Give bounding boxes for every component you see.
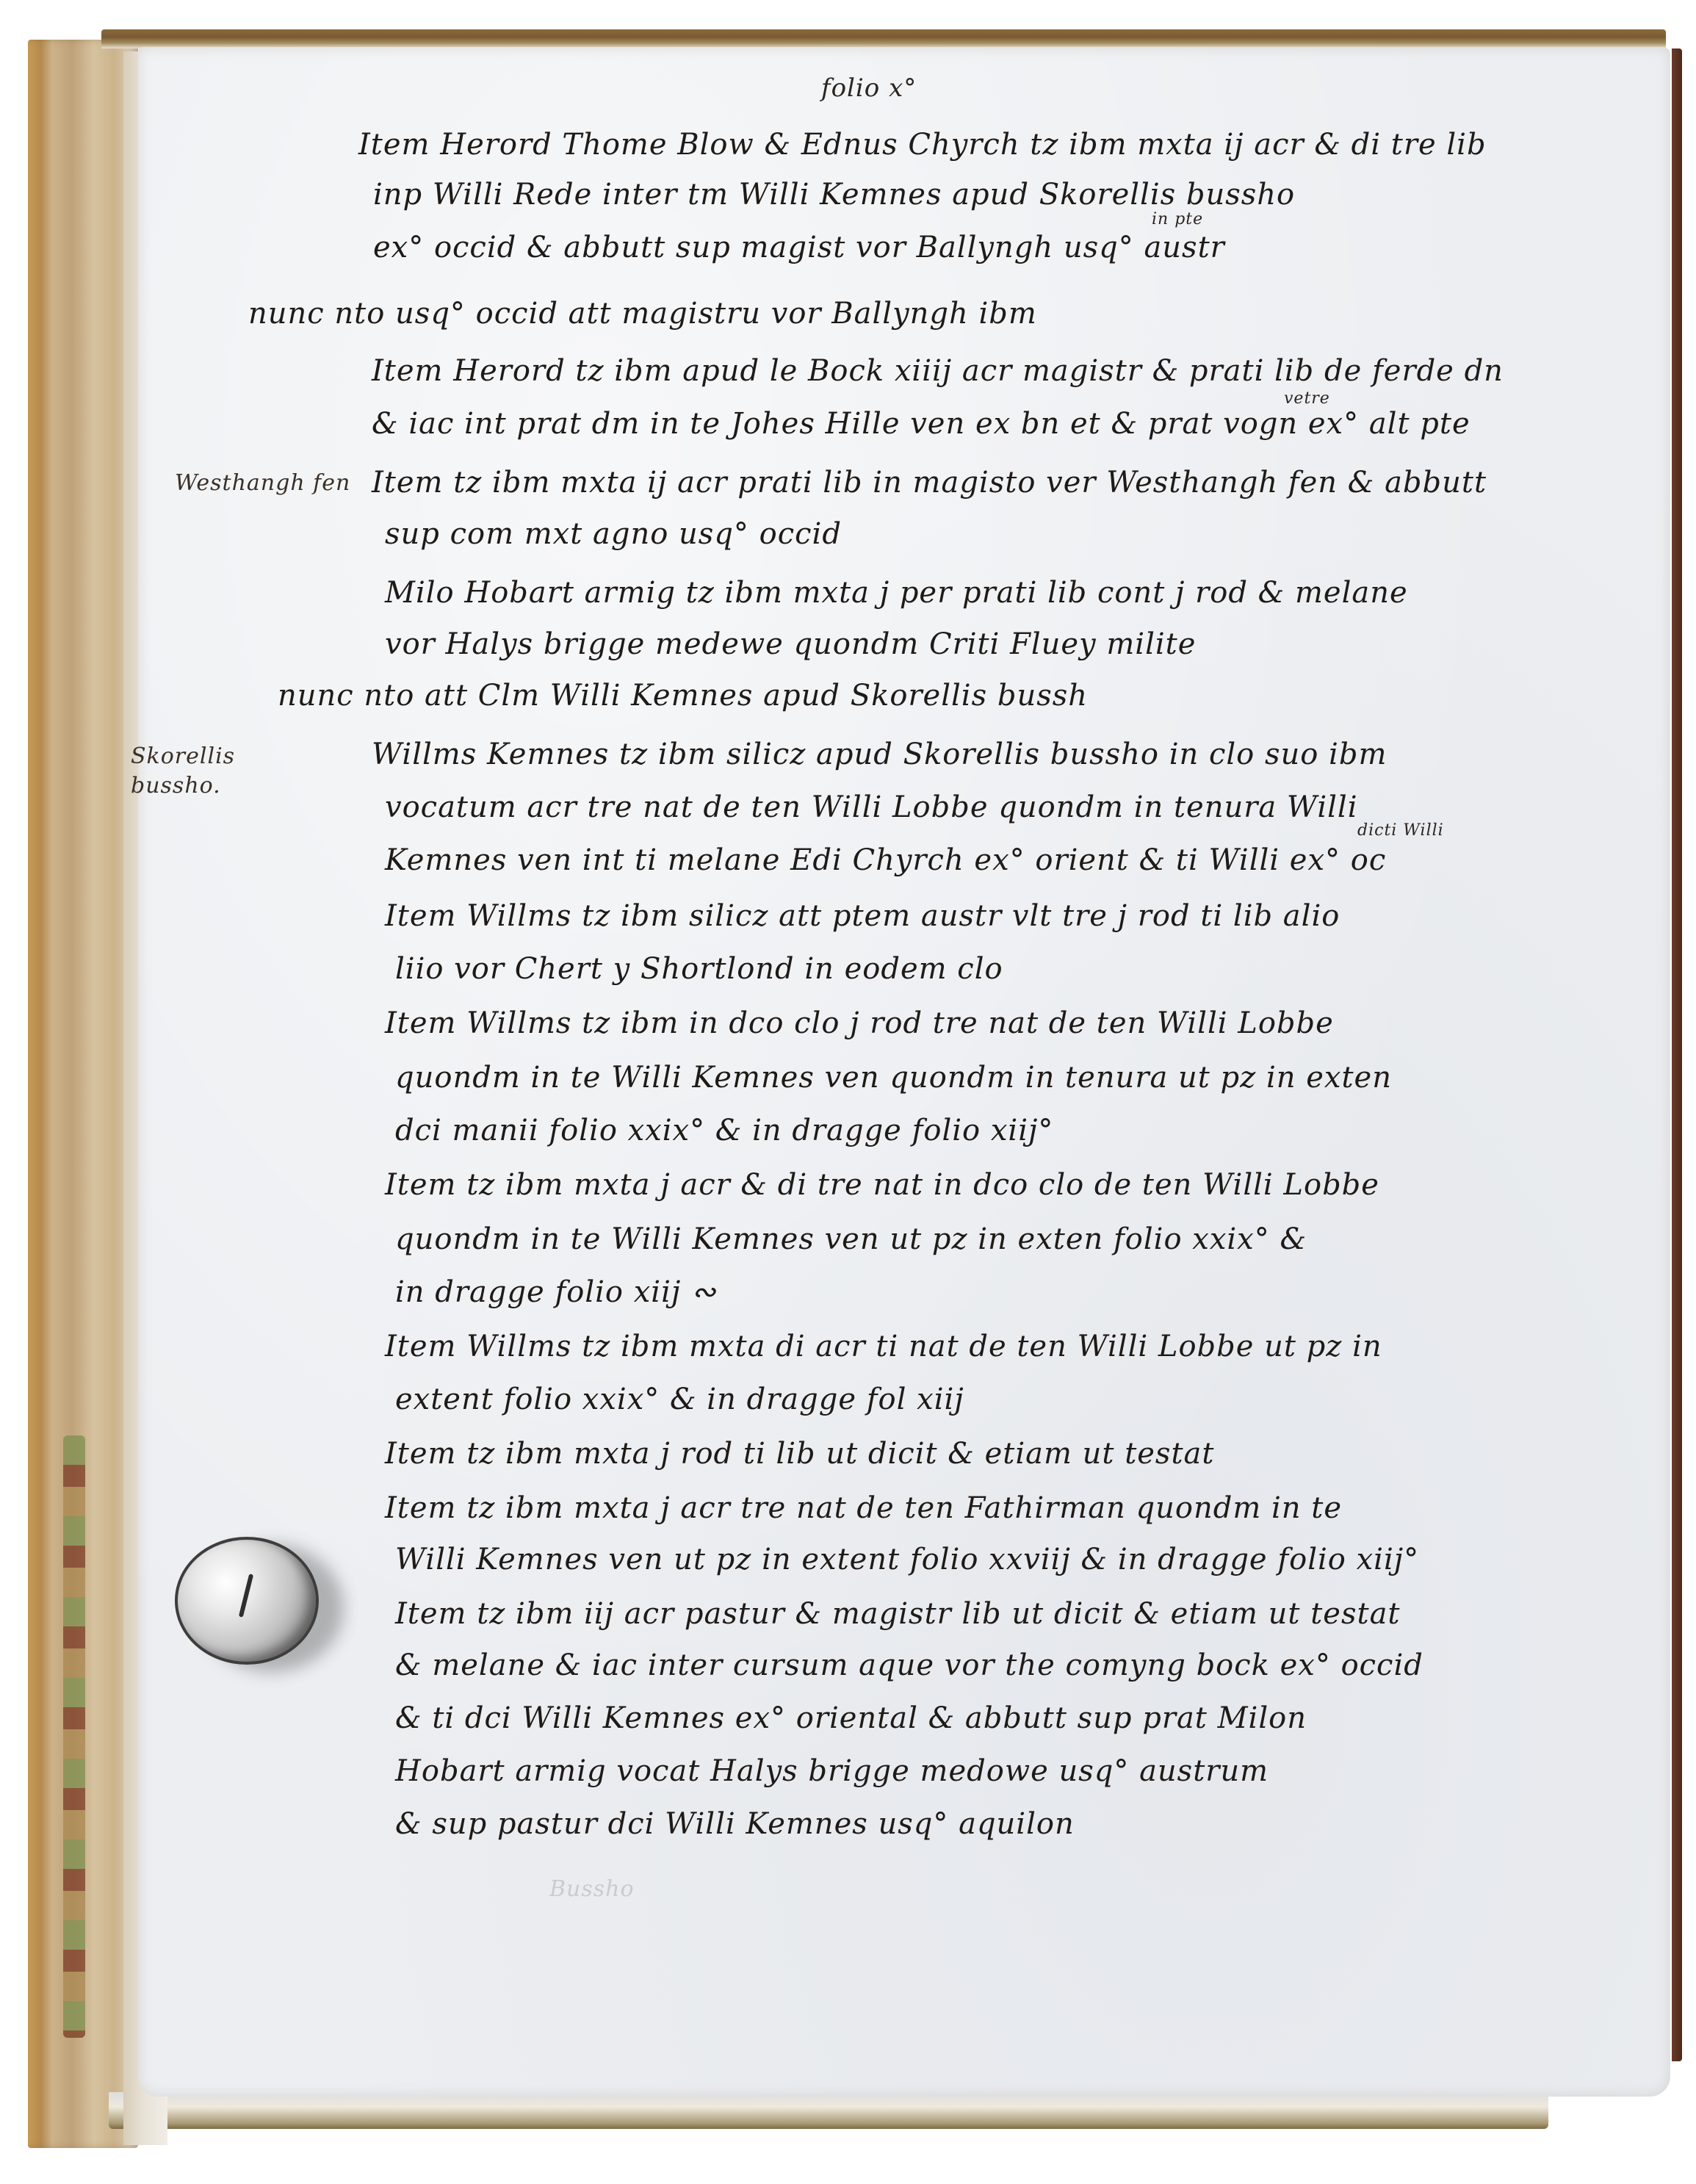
bottom-page-stack xyxy=(109,2092,1548,2129)
entry-line: sup com mxt agno usq° occid xyxy=(385,517,842,551)
entry-line: Kemnes ven int ti melane Edi Chyrch ex° … xyxy=(385,843,1386,877)
entry-line: quondm in te Willi Kemnes ven ut pz in e… xyxy=(395,1222,1307,1256)
entry-line: Item Willms tz ibm silicz att ptem austr… xyxy=(385,899,1340,933)
bleedthrough-text: Bussho xyxy=(549,1876,635,1902)
entry-line: Item Herord tz ibm apud le Bock xiiij ac… xyxy=(372,354,1504,388)
entry-line-nunc: nunc nto att Clm Willi Kemnes apud Skore… xyxy=(278,679,1088,713)
entry-line: Item tz ibm iij acr pastur & magistr lib… xyxy=(395,1597,1400,1631)
entry-line: dci manii folio xxix° & in dragge folio … xyxy=(395,1114,1053,1147)
interlinear-gloss: vetre xyxy=(1284,389,1330,408)
manuscript-book: folio x° Item Herord Thome Blow & Ednus … xyxy=(28,29,1682,2155)
entry-line: vocatum acr tre nat de ten Willi Lobbe q… xyxy=(385,790,1358,824)
top-page-edge xyxy=(101,29,1666,48)
entry-line: Item tz ibm mxta ij acr prati lib in mag… xyxy=(372,466,1487,500)
interlinear-gloss: dicti Willi xyxy=(1357,821,1444,840)
margin-note-westhangh: Westhangh fen xyxy=(175,470,350,496)
entry-line: Item tz ibm mxta j acr & di tre nat in d… xyxy=(385,1168,1379,1202)
book-spine xyxy=(28,40,138,2148)
entry-line: quondm in te Willi Kemnes ven quondm in … xyxy=(395,1061,1392,1095)
entry-line-nunc: nunc nto usq° occid att magistru vor Bal… xyxy=(248,297,1037,331)
folio-header: folio x° xyxy=(821,73,917,103)
entry-line: inp Willi Rede inter tm Willi Kemnes apu… xyxy=(373,178,1295,212)
entry-line: & sup pastur dci Willi Kemnes usq° aquil… xyxy=(395,1807,1075,1841)
entry-line: extent folio xxix° & in dragge fol xiij xyxy=(395,1383,964,1416)
entry-line: Milo Hobart armig tz ibm mxta j per prat… xyxy=(385,576,1408,610)
entry-line: Item Willms tz ibm in dco clo j rod tre … xyxy=(385,1006,1334,1040)
margin-note-skorellis: Skorellis bussho. xyxy=(131,742,241,801)
entry-line: Item Herord Thome Blow & Ednus Chyrch tz… xyxy=(358,128,1487,162)
entry-line: Item Willms tz ibm mxta di acr ti nat de… xyxy=(385,1330,1382,1363)
interlinear-gloss: in pte xyxy=(1152,210,1203,228)
entry-line: & melane & iac inter cursum aque vor the… xyxy=(395,1648,1423,1682)
entry-line: Hobart armig vocat Halys brigge medowe u… xyxy=(395,1754,1269,1788)
weight-scratch-mark xyxy=(239,1574,253,1618)
entry-line: liio vor Chert y Shortlond in eodem clo xyxy=(395,952,1003,986)
manuscript-leaf: folio x° Item Herord Thome Blow & Ednus … xyxy=(138,47,1670,2097)
metal-page-weight xyxy=(175,1537,319,1665)
entry-line: in dragge folio xiij ∾ xyxy=(395,1275,717,1309)
entry-line: & ti dci Willi Kemnes ex° oriental & abb… xyxy=(395,1701,1307,1735)
entry-line: ex° occid & abbutt sup magist vor Ballyn… xyxy=(373,231,1225,264)
right-cover-edge xyxy=(1672,48,1682,2061)
entry-line: vor Halys brigge medewe quondm Criti Flu… xyxy=(385,627,1196,661)
entry-line: Item tz ibm mxta j acr tre nat de ten Fa… xyxy=(385,1491,1342,1525)
spine-binding-strip xyxy=(63,1435,85,2038)
entry-line: Item tz ibm mxta j rod ti lib ut dicit &… xyxy=(385,1437,1214,1471)
entry-line: & iac int prat dm in te Johes Hille ven … xyxy=(372,407,1471,441)
entry-line: Willms Kemnes tz ibm silicz apud Skorell… xyxy=(372,738,1387,771)
entry-line: Willi Kemnes ven ut pz in extent folio x… xyxy=(395,1543,1419,1576)
